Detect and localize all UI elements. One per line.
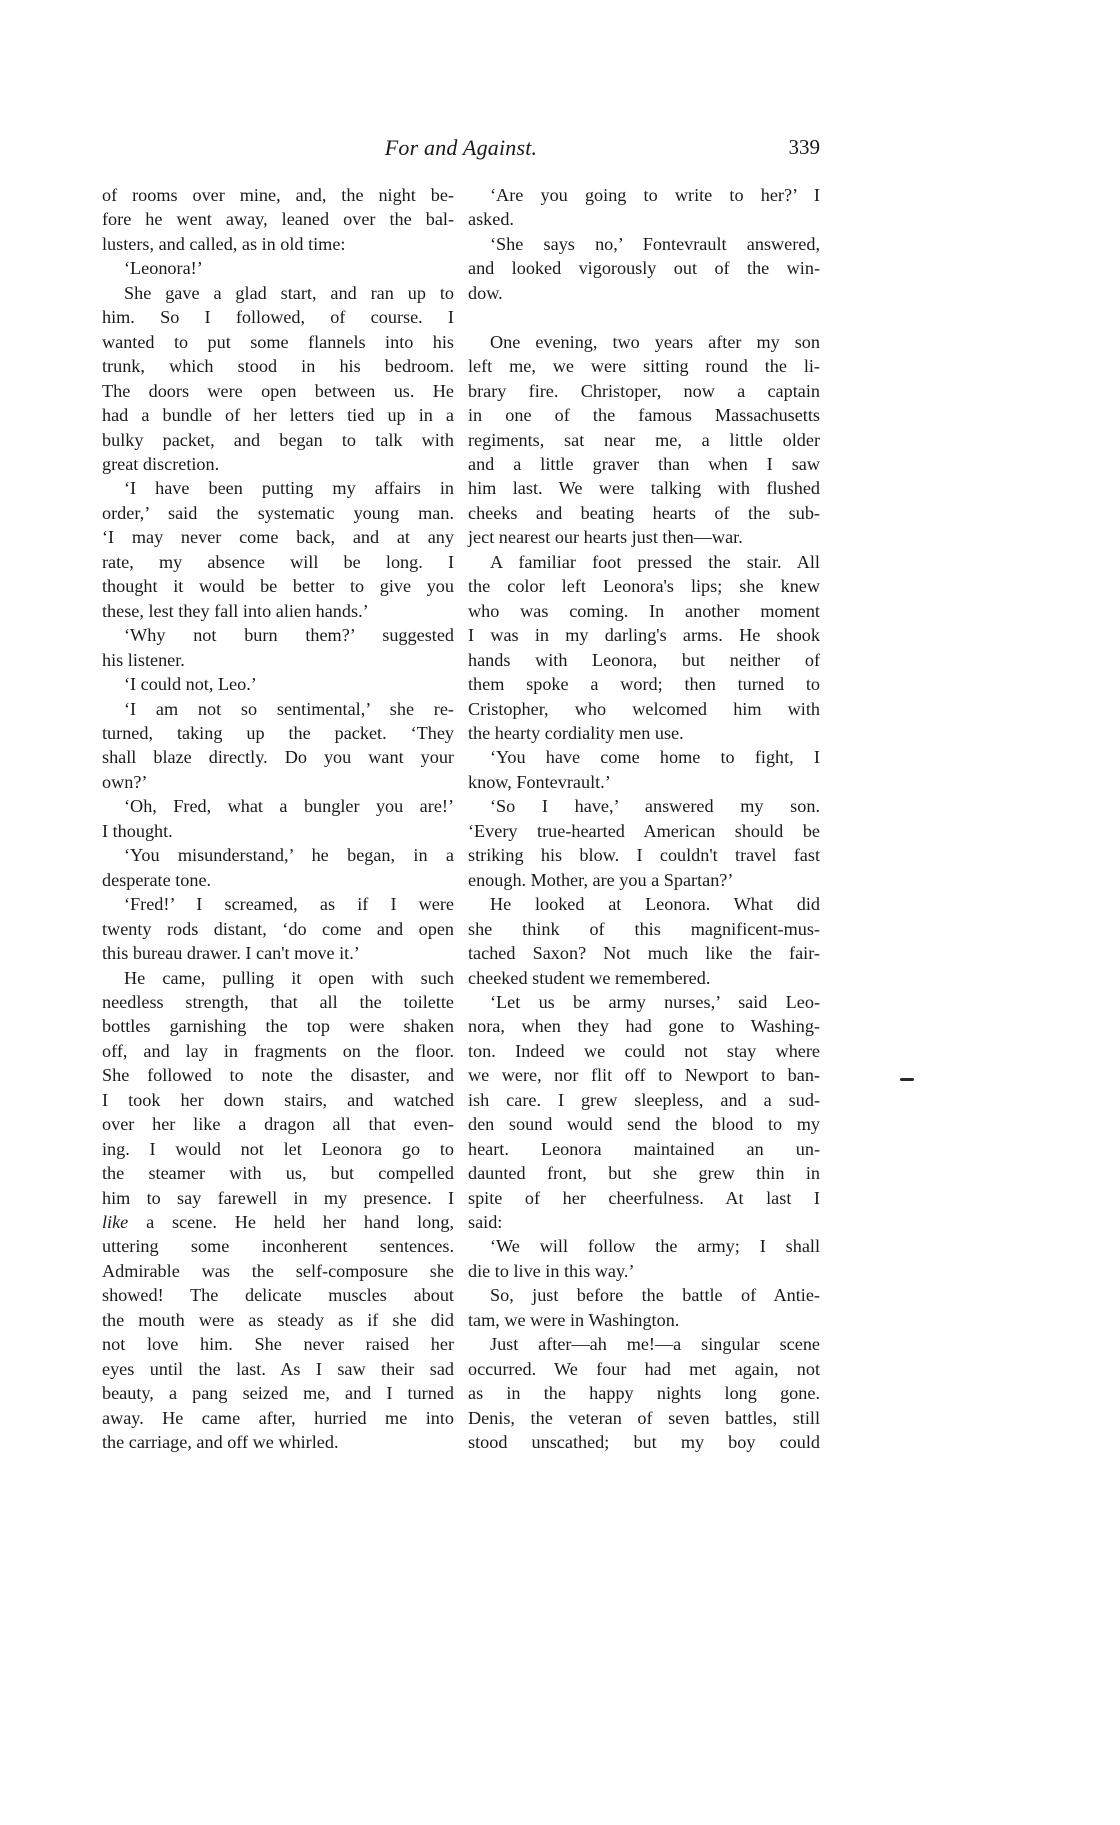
- text-line: left me, we were sitting round the li-: [468, 354, 820, 378]
- text-line: ‘So I have,’ answered my son.: [468, 794, 820, 818]
- text-line: had a bundle of her letters tied up in a: [102, 403, 454, 427]
- text-line: rate, my absence will be long. I: [102, 550, 454, 574]
- text-line: thought it would be better to give you: [102, 574, 454, 598]
- text-line: the color left Leonora's lips; she knew: [468, 574, 820, 598]
- running-head: For and Against. 339: [102, 133, 820, 165]
- text-line: daunted front, but she grew thin in: [468, 1161, 820, 1185]
- text-line: ‘You have come home to fight, I: [468, 745, 820, 769]
- text-line: hands with Leonora, but neither of: [468, 648, 820, 672]
- text-line: the hearty cordiality men use.: [468, 721, 820, 745]
- text-line: ‘Every true-hearted American should be: [468, 819, 820, 843]
- text-line: his listener.: [102, 648, 454, 672]
- text-line: own?’: [102, 770, 454, 794]
- text-line: He looked at Leonora. What did: [468, 892, 820, 916]
- text-line: these, lest they fall into alien hands.’: [102, 599, 454, 623]
- text-line: over her like a dragon all that even-: [102, 1112, 454, 1136]
- text-line: and a little graver than when I saw: [468, 452, 820, 476]
- text-line: Denis, the veteran of seven battles, sti…: [468, 1406, 820, 1430]
- running-title: For and Against.: [102, 135, 820, 161]
- text-line: twenty rods distant, ‘do come and open: [102, 917, 454, 941]
- text-line: ‘Let us be army nurses,’ said Leo-: [468, 990, 820, 1014]
- text-line: away. He came after, hurried me into: [102, 1406, 454, 1430]
- text-line: said:: [468, 1210, 820, 1234]
- text-line: ‘I could not, Leo.’: [102, 672, 454, 696]
- text-line: dow.: [468, 281, 820, 305]
- text-line: the mouth were as steady as if she did: [102, 1308, 454, 1332]
- text-line: not love him. She never raised her: [102, 1332, 454, 1356]
- text-line: I took her down stairs, and watched: [102, 1088, 454, 1112]
- text-line: die to live in this way.’: [468, 1259, 820, 1283]
- text-line: needless strength, that all the toilette: [102, 990, 454, 1014]
- text-line: I was in my darling's arms. He shook: [468, 623, 820, 647]
- text-line: asked.: [468, 207, 820, 231]
- text-line: ‘Leonora!’: [102, 256, 454, 280]
- right-column: ‘Are you going to write to her?’ I asked…: [468, 183, 820, 1455]
- text-line: great discretion.: [102, 452, 454, 476]
- text-line: showed! The delicate muscles about: [102, 1283, 454, 1307]
- text-line: who was coming. In another moment: [468, 599, 820, 623]
- text-line: uttering some inconherent sentences.: [102, 1234, 454, 1258]
- text-line: ‘We will follow the army; I shall: [468, 1234, 820, 1258]
- text-line: One evening, two years after my son: [468, 330, 820, 354]
- text-line: him. So I followed, of course. I: [102, 305, 454, 329]
- text-line: He came, pulling it open with such: [102, 966, 454, 990]
- text-line: shall blaze directly. Do you want your: [102, 745, 454, 769]
- text-line: ‘I may never come back, and at any: [102, 525, 454, 549]
- text-line: stood unscathed; but my boy could: [468, 1430, 820, 1454]
- text-line: bulky packet, and began to talk with: [102, 428, 454, 452]
- text-line: cheeked student we remembered.: [468, 966, 820, 990]
- text-line: Cristopher, who welcomed him with: [468, 697, 820, 721]
- text-line: ‘I am not so sentimental,’ she re-: [102, 697, 454, 721]
- text-line: and looked vigorously out of the win-: [468, 256, 820, 280]
- text-line: in one of the famous Massachusetts: [468, 403, 820, 427]
- text-line: regiments, sat near me, a little older: [468, 428, 820, 452]
- text-line: wanted to put some flannels into his: [102, 330, 454, 354]
- text-line: spite of her cheerfulness. At last I: [468, 1186, 820, 1210]
- emphasized-word: like: [102, 1212, 128, 1232]
- section-break: [468, 305, 820, 329]
- text-line: ‘You misunderstand,’ he began, in a: [102, 843, 454, 867]
- text-line: him to say farewell in my presence. I: [102, 1186, 454, 1210]
- text-span: a scene. He held her hand long,: [128, 1212, 454, 1232]
- text-line: of rooms over mine, and, the night be-: [102, 183, 454, 207]
- text-line: trunk, which stood in his bedroom.: [102, 354, 454, 378]
- text-line: desperate tone.: [102, 868, 454, 892]
- left-column: of rooms over mine, and, the night be- f…: [102, 183, 454, 1455]
- page-number: 339: [789, 135, 821, 160]
- text-line: heart. Leonora maintained an un-: [468, 1137, 820, 1161]
- text-line: A familiar foot pressed the stair. All: [468, 550, 820, 574]
- text-line: I thought.: [102, 819, 454, 843]
- text-line: she think of this magnificent-mus-: [468, 917, 820, 941]
- text-line: we were, nor flit off to Newport to ban-: [468, 1063, 820, 1087]
- text-line: brary fire. Christoper, now a captain: [468, 379, 820, 403]
- text-line: ‘She says no,’ Fontevrault answered,: [468, 232, 820, 256]
- book-page: For and Against. 339 of rooms over mine,…: [0, 0, 1120, 1825]
- text-line: ish care. I grew sleepless, and a sud-: [468, 1088, 820, 1112]
- text-line: know, Fontevrault.’: [468, 770, 820, 794]
- text-line: den sound would send the blood to my: [468, 1112, 820, 1136]
- scan-speck: [900, 1078, 914, 1081]
- text-line: tam, we were in Washington.: [468, 1308, 820, 1332]
- text-line: order,’ said the systematic young man.: [102, 501, 454, 525]
- text-line: ‘Are you going to write to her?’ I: [468, 183, 820, 207]
- text-line-with-emphasis: like a scene. He held her hand long,: [102, 1210, 454, 1234]
- text-line: fore he went away, leaned over the bal-: [102, 207, 454, 231]
- text-line: nora, when they had gone to Washing-: [468, 1014, 820, 1038]
- text-line: occurred. We four had met again, not: [468, 1357, 820, 1381]
- text-line: She followed to note the disaster, and: [102, 1063, 454, 1087]
- text-line: this bureau drawer. I can't move it.’: [102, 941, 454, 965]
- text-line: enough. Mother, are you a Spartan?’: [468, 868, 820, 892]
- text-line: him last. We were talking with flushed: [468, 476, 820, 500]
- text-line: She gave a glad start, and ran up to: [102, 281, 454, 305]
- text-line: ‘Why not burn them?’ suggested: [102, 623, 454, 647]
- text-line: ‘Oh, Fred, what a bungler you are!’: [102, 794, 454, 818]
- text-line: ject nearest our hearts just then—war.: [468, 525, 820, 549]
- text-line: eyes until the last. As I saw their sad: [102, 1357, 454, 1381]
- text-line: off, and lay in fragments on the floor.: [102, 1039, 454, 1063]
- text-line: the steamer with us, but compelled: [102, 1161, 454, 1185]
- text-line: striking his blow. I couldn't travel fas…: [468, 843, 820, 867]
- text-line: Admirable was the self-composure she: [102, 1259, 454, 1283]
- text-line: ton. Indeed we could not stay where: [468, 1039, 820, 1063]
- text-line: ing. I would not let Leonora go to: [102, 1137, 454, 1161]
- text-line: The doors were open between us. He: [102, 379, 454, 403]
- text-line: tached Saxon? Not much like the fair-: [468, 941, 820, 965]
- text-line: lusters, and called, as in old time:: [102, 232, 454, 256]
- text-line: cheeks and beating hearts of the sub-: [468, 501, 820, 525]
- text-line: the carriage, and off we whirled.: [102, 1430, 454, 1454]
- text-line: So, just before the battle of Antie-: [468, 1283, 820, 1307]
- text-line: beauty, a pang seized me, and I turned: [102, 1381, 454, 1405]
- text-line: ‘I have been putting my affairs in: [102, 476, 454, 500]
- text-line: bottles garnishing the top were shaken: [102, 1014, 454, 1038]
- text-line: turned, taking up the packet. ‘They: [102, 721, 454, 745]
- text-line: them spoke a word; then turned to: [468, 672, 820, 696]
- text-line: as in the happy nights long gone.: [468, 1381, 820, 1405]
- text-line: ‘Fred!’ I screamed, as if I were: [102, 892, 454, 916]
- text-line: Just after—ah me!—a singular scene: [468, 1332, 820, 1356]
